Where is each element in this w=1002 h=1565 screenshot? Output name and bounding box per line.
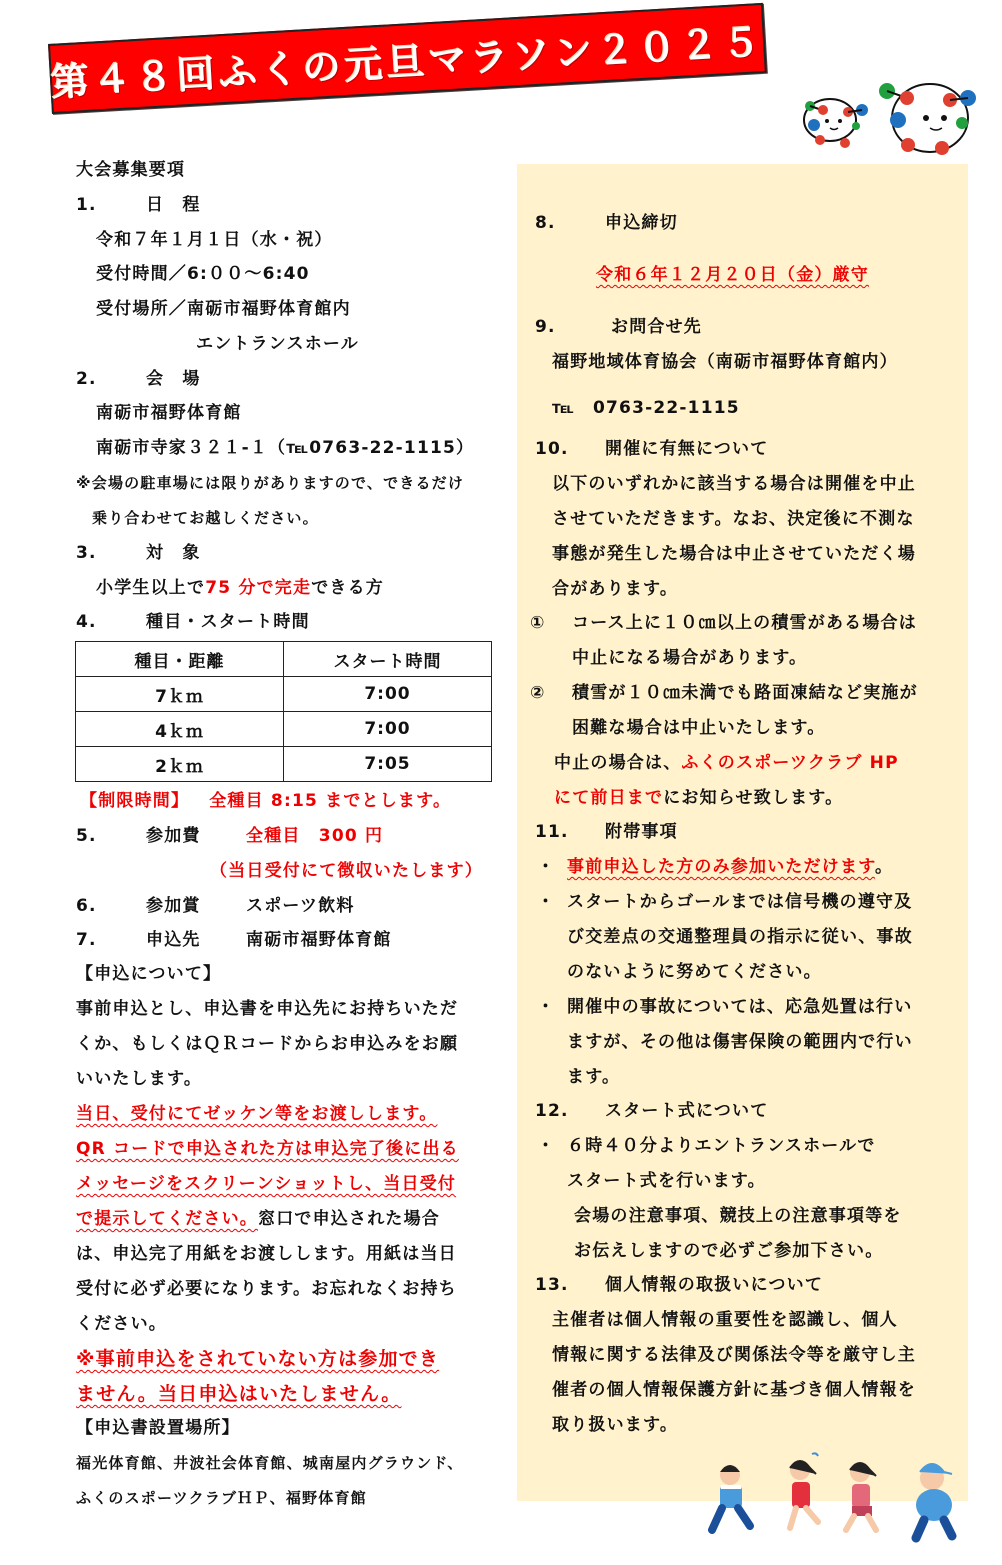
note-bullet-cont: ます。 <box>567 1065 620 1089</box>
privacy-text: 主催者は個人情報の重要性を認識し、個人 <box>552 1308 898 1332</box>
fee-note: （当日受付にて徴収いたします） <box>210 859 483 883</box>
table-header-row: 種目・距離 スタート時間 <box>76 642 492 677</box>
privacy-text: 情報に関する法律及び関係法令等を厳守し主 <box>552 1343 916 1367</box>
section-7-heading: 7.申込先南砺市福野体育館 <box>76 928 392 952</box>
application-text: 事前申込とし、申込書を申込先にお持ちいただ <box>76 997 458 1021</box>
event-date: 令和７年１月１日（水・祝） <box>96 228 333 252</box>
title-banner: 第４８回ふくの元旦マラソン２０２５ <box>48 3 767 114</box>
application-deadline: 令和６年１２月２０日（金）厳守 <box>596 263 869 287</box>
qr-notice: QR コードで申込された方は申込完了後に出る <box>76 1137 459 1161</box>
table-row: 2ｋｍ 7:05 <box>76 747 492 782</box>
form-places: 福光体育館、井波社会体育館、城南屋内グラウンド、 <box>76 1451 463 1475</box>
parking-note-cont: 乗り合わせてお越しください。 <box>92 506 319 530</box>
qr-notice: で提示してください。窓口で申込された場合 <box>76 1207 440 1231</box>
section-12-heading: 12.スタート式について <box>535 1099 768 1123</box>
warning-notice: ません。当日申込はいたしません。 <box>76 1382 401 1406</box>
mascot-characters-icon <box>790 68 980 158</box>
cancellation-text: 合があります。 <box>552 577 678 601</box>
privacy-text: 催者の個人情報保護方針に基づき個人情報を <box>552 1378 916 1402</box>
condition-1: ①コース上に１０㎝以上の積雪がある場合は <box>530 611 917 635</box>
distance-cell: 4ｋｍ <box>76 712 284 747</box>
application-text: ください。 <box>76 1312 167 1336</box>
section-8-heading: 8.申込締切 <box>535 211 678 235</box>
section-6-heading: 6.参加賞スポーツ飲料 <box>76 894 355 918</box>
application-text: 受付に必ず必要になります。お忘れなくお持ち <box>76 1277 457 1301</box>
privacy-text: 取り扱います。 <box>552 1413 678 1437</box>
venue-name: 南砺市福野体育館 <box>96 401 242 425</box>
phone-icon: ℡ <box>552 398 575 418</box>
ceremony-text: 会場の注意事項、競技上の注意事項等を <box>574 1204 902 1228</box>
section-4-heading: 4.種目・スタート時間 <box>76 610 310 634</box>
condition-2: ②積雪が１０㎝未満でも路面凍結など実施が <box>530 681 918 705</box>
parking-note: ※会場の駐車場には限りがありますので、できるだけ <box>76 471 464 495</box>
section-1-heading: 1.日 程 <box>76 193 201 217</box>
contact-phone: ℡0763-22-1115 <box>552 396 740 420</box>
section-9-heading: 9.お問合せ先 <box>535 315 702 339</box>
note-bullet: ・スタートからゴールまでは信号機の遵守及 <box>537 890 912 914</box>
form-places-heading: 【申込書設置場所】 <box>76 1416 240 1440</box>
cancellation-notice: 中止の場合は、ふくのスポーツクラブ HP <box>554 751 899 775</box>
time-limit: 【制限時間】全種目 8:15 までとします。 <box>80 789 451 813</box>
cancellation-text: 以下のいずれかに該当する場合は開催を中止 <box>552 472 916 496</box>
runners-illustration-icon <box>700 1450 970 1555</box>
application-heading: 【申込について】 <box>76 962 221 986</box>
bib-notice: 当日、受付にてゼッケン等をお渡しします。 <box>76 1102 437 1126</box>
condition-2-cont: 困難な場合は中止いたします。 <box>572 716 825 740</box>
section-5-heading: 5.参加費全種目 300 円 <box>76 824 383 848</box>
section-3-heading: 3.対 象 <box>76 541 201 565</box>
contact-org: 福野地域体育協会（南砺市福野体育館内） <box>552 350 898 374</box>
ceremony-bullet: ・６時４０分よりエントランスホールで <box>537 1134 876 1158</box>
section-13-heading: 13.個人情報の取扱いについて <box>535 1273 823 1297</box>
start-time-cell: 7:00 <box>284 677 492 712</box>
note-bullet-cont: のないように努めてください。 <box>567 960 822 984</box>
ceremony-bullet-cont: スタート式を行います。 <box>567 1169 766 1193</box>
section-10-heading: 10.開催に有無について <box>535 437 768 461</box>
distance-cell: 7ｋｍ <box>76 677 284 712</box>
section-2-heading: 2.会 場 <box>76 367 201 391</box>
column-header: スタート時間 <box>284 642 492 677</box>
start-time-cell: 7:00 <box>284 712 492 747</box>
page-title: 第４８回ふくの元旦マラソン２０２５ <box>49 10 765 106</box>
ceremony-text: お伝えしますので必ずご参加下さい。 <box>574 1239 883 1263</box>
cancellation-notice-cont: にて前日までにお知らせ致します。 <box>554 786 843 810</box>
cancellation-text: 事態が発生した場合は中止させていただく場 <box>552 542 916 566</box>
cancellation-text: させていただきます。なお、決定後に不測な <box>552 507 915 531</box>
section-heading: 大会募集要項 <box>76 158 185 182</box>
application-text: いいたします。 <box>76 1067 202 1091</box>
note-bullet-cont: ますが、その他は傷害保険の範囲内で行い <box>567 1030 913 1054</box>
venue-address: 南砺市寺家３２１-１（℡0763-22-1115） <box>96 436 474 460</box>
condition-1-cont: 中止になる場合があります。 <box>572 646 807 670</box>
note-bullet: ・開催中の事故については、応急処置は行い <box>537 995 912 1019</box>
qr-notice: メッセージをスクリーンショットし、当日受付 <box>76 1172 456 1196</box>
form-places: ふくのスポーツクラブＨＰ、福野体育館 <box>76 1486 367 1510</box>
events-table: 種目・距離 スタート時間 7ｋｍ 7:00 4ｋｍ 7:00 2ｋｍ 7:05 <box>75 641 492 782</box>
reception-time: 受付時間／6:００～6:40 <box>96 262 310 286</box>
note-bullet-cont: び交差点の交通整理員の指示に従い、事故 <box>567 925 913 949</box>
start-time-cell: 7:05 <box>284 747 492 782</box>
reception-place: 受付場所／南砺市福野体育館内 <box>96 297 351 321</box>
warning-notice: ※事前申込をされていない方は参加でき <box>76 1347 439 1371</box>
distance-cell: 2ｋｍ <box>76 747 284 782</box>
eligibility: 小学生以上で75 分で完走できる方 <box>96 576 384 600</box>
table-row: 4ｋｍ 7:00 <box>76 712 492 747</box>
application-text: は、申込完了用紙をお渡しします。用紙は当日 <box>76 1242 457 1266</box>
application-text: くか、もしくはＱＲコードからお申込みをお願 <box>76 1032 458 1056</box>
column-header: 種目・距離 <box>76 642 284 677</box>
section-11-heading: 11.附帯事項 <box>535 820 678 844</box>
table-row: 7ｋｍ 7:00 <box>76 677 492 712</box>
reception-place-detail: エントランスホール <box>196 332 359 356</box>
note-bullet: ・事前申込した方のみ参加いただけます。 <box>537 855 893 879</box>
